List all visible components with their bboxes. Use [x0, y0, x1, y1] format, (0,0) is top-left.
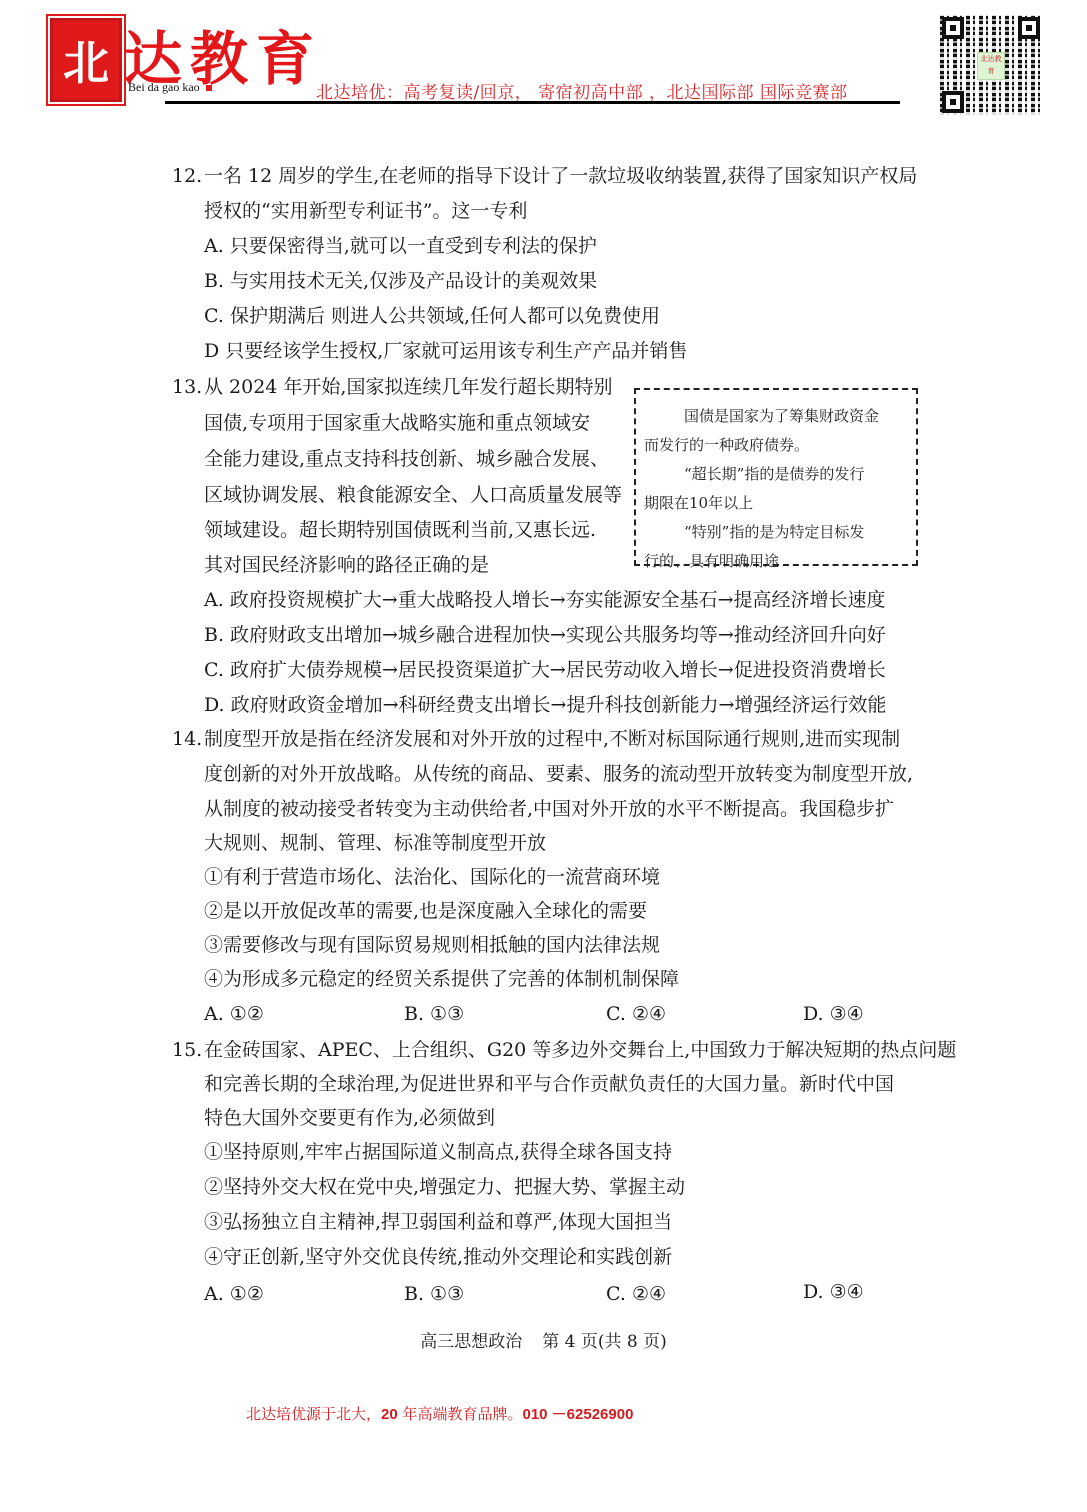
- option-a: A. 政府投资规模扩大→重大战略投人增长→夯实能源安全基石→提高经济增长速度: [204, 588, 886, 612]
- statement-3: ③需要修改与现有国际贸易规则相抵触的国内法律法规: [204, 933, 660, 957]
- option-b: B. 政府财政支出增加→城乡融合进程加快→实现公共服务均等→推动经济回升向好: [204, 623, 886, 647]
- logo-subtitle-text: Bei da gao kao: [128, 80, 200, 94]
- choice-c: C. ②④: [606, 1002, 666, 1026]
- note-line: 国债是国家为了筹集财政资金: [644, 402, 910, 431]
- option-a: A. 只要保密得当,就可以一直受到专利法的保护: [204, 234, 597, 258]
- ad-mid: 年高端教育品牌。: [398, 1405, 523, 1423]
- statement-1: ①坚持原则,牢牢占据国际道义制高点,获得全球各国支持: [204, 1140, 672, 1164]
- question-stem-line: 从 2024 年开始,国家拟连续几年发行超长期特别: [204, 375, 612, 399]
- choice-c: C. ②④: [606, 1282, 666, 1306]
- question-stem-line: 在金砖国家、APEC、上合组织、G20 等多边外交舞台上,中国致力于解决短期的热…: [204, 1038, 956, 1062]
- option-c: C. 保护期满后 则进人公共领域,任何人都可以免费使用: [204, 304, 660, 328]
- question-stem-line: 国债,专项用于国家重大战略实施和重点领域安: [204, 411, 590, 435]
- question-stem-line: 和完善长期的全球治理,为促进世界和平与合作贡献负责任的大国力量。新时代中国: [204, 1072, 894, 1096]
- question-stem-line: 领域建设。超长期特别国债既利当前,又惠长远.: [204, 518, 596, 542]
- statement-4: ④为形成多元稳定的经贸关系提供了完善的体制机制保障: [204, 967, 679, 991]
- option-d: D. 政府财政资金增加→科研经费支出增长→提升科技创新能力→增强经济运行效能: [204, 693, 886, 717]
- choice-d: D. ③④: [803, 1002, 864, 1026]
- ad-phone: 010 －62526900: [522, 1406, 633, 1423]
- logo-char: 北: [63, 27, 109, 93]
- question-stem-line: 一名 12 周岁的学生,在老师的指导下设计了一款垃圾收纳装置,获得了国家知识产权…: [204, 164, 917, 188]
- note-line: “特别”指的是为特定目标发: [644, 518, 910, 547]
- question-stem-line: 大规则、规制、管理、标准等制度型开放: [204, 831, 546, 855]
- note-box: 国债是国家为了筹集财政资金 而发行的一种政府债券。 “超长期”指的是债券的发行 …: [634, 388, 918, 566]
- question-number: 14.: [172, 727, 202, 751]
- statement-4: ④守正创新,坚守外交优良传统,推动外交理论和实践创新: [204, 1245, 672, 1269]
- statement-2: ②坚持外交大权在党中央,增强定力、把握大势、掌握主动: [204, 1175, 685, 1199]
- question-number: 15.: [172, 1038, 202, 1062]
- question-stem-line: 授权的“实用新型专利证书”。这一专利: [204, 199, 527, 223]
- header-tagline: 北达培优：高考复读/回京， 寄宿初高中部 ，北达国际部 国际竞赛部: [316, 78, 847, 103]
- qr-finder-top-left: [942, 17, 964, 39]
- header-divider: [165, 101, 900, 104]
- question-number: 12.: [172, 164, 202, 188]
- choice-a: A. ①②: [204, 1282, 264, 1306]
- ad-years: 20: [381, 1406, 398, 1423]
- choice-b: B. ①③: [404, 1282, 464, 1306]
- option-c: C. 政府扩大债券规模→居民投资渠道扩大→居民劳动收入增长→促进投资消费增长: [204, 658, 886, 682]
- question-stem-line: 从制度的被动接受者转变为主动供给者,中国对外开放的水平不断提高。我国稳步扩: [204, 797, 894, 821]
- choice-b: B. ①③: [404, 1002, 464, 1026]
- subject-label: 高三思想政治: [420, 1332, 522, 1352]
- choice-d: D. ③④: [803, 1280, 864, 1304]
- logo-subtitle: Bei da gao kao: [128, 80, 212, 95]
- statement-2: ②是以开放促改革的需要,也是深度融入全球化的需要: [204, 899, 647, 923]
- qr-center-logo: 北达教育: [977, 52, 1005, 80]
- page-number: 第 4 页(共 8 页): [542, 1332, 667, 1352]
- option-d: D 只要经该学生授权,厂家就可运用该专利生产产品并销售: [204, 339, 687, 363]
- choice-a: A. ①②: [204, 1002, 264, 1026]
- footer-advertisement: 北达培优源于北大，20 年高端教育品牌。010 －62526900: [246, 1403, 633, 1424]
- question-stem-line: 度创新的对外开放战略。从传统的商品、要素、服务的流动型开放转变为制度型开放,: [204, 762, 913, 786]
- ad-prefix: 北达培优源于北大，: [246, 1405, 381, 1423]
- statement-3: ③弘扬独立自主精神,捍卫弱国利益和尊严,体现大国担当: [204, 1210, 672, 1234]
- question-stem-line: 区域协调发展、粮食能源安全、人口高质量发展等: [204, 483, 622, 507]
- question-stem-line: 特色大国外交要更有作为,必须做到: [204, 1106, 495, 1130]
- statement-1: ①有利于营造市场化、法治化、国际化的一流营商环境: [204, 865, 660, 889]
- option-b: B. 与实用技术无关,仅涉及产品设计的美观效果: [204, 269, 597, 293]
- page-footer: 高三思想政治第 4 页(共 8 页): [0, 1327, 1087, 1352]
- question-number: 13.: [172, 375, 202, 399]
- qr-code-icon: 北达教育: [940, 15, 1042, 115]
- note-line: 行的、具有明确用途: [644, 547, 910, 576]
- note-line: “超长期”指的是债券的发行: [644, 460, 910, 489]
- question-stem-line: 全能力建设,重点支持科技创新、城乡融合发展、: [204, 447, 609, 471]
- page-header: 北 达教育 Bei da gao kao 北达培优：高考复读/回京， 寄宿初高中…: [0, 0, 1087, 130]
- question-stem-line: 其对国民经济影响的路径正确的是: [204, 553, 489, 577]
- note-line: 期限在10年以上: [644, 489, 910, 518]
- question-stem-line: 制度型开放是指在经济发展和对外开放的过程中,不断对标国际通行规则,进而实现制: [204, 727, 900, 751]
- qr-finder-bottom-left: [942, 91, 964, 113]
- square-icon: [206, 85, 212, 91]
- qr-finder-top-right: [1018, 17, 1040, 39]
- note-line: 而发行的一种政府债券。: [644, 431, 910, 460]
- logo-badge: 北: [50, 18, 122, 102]
